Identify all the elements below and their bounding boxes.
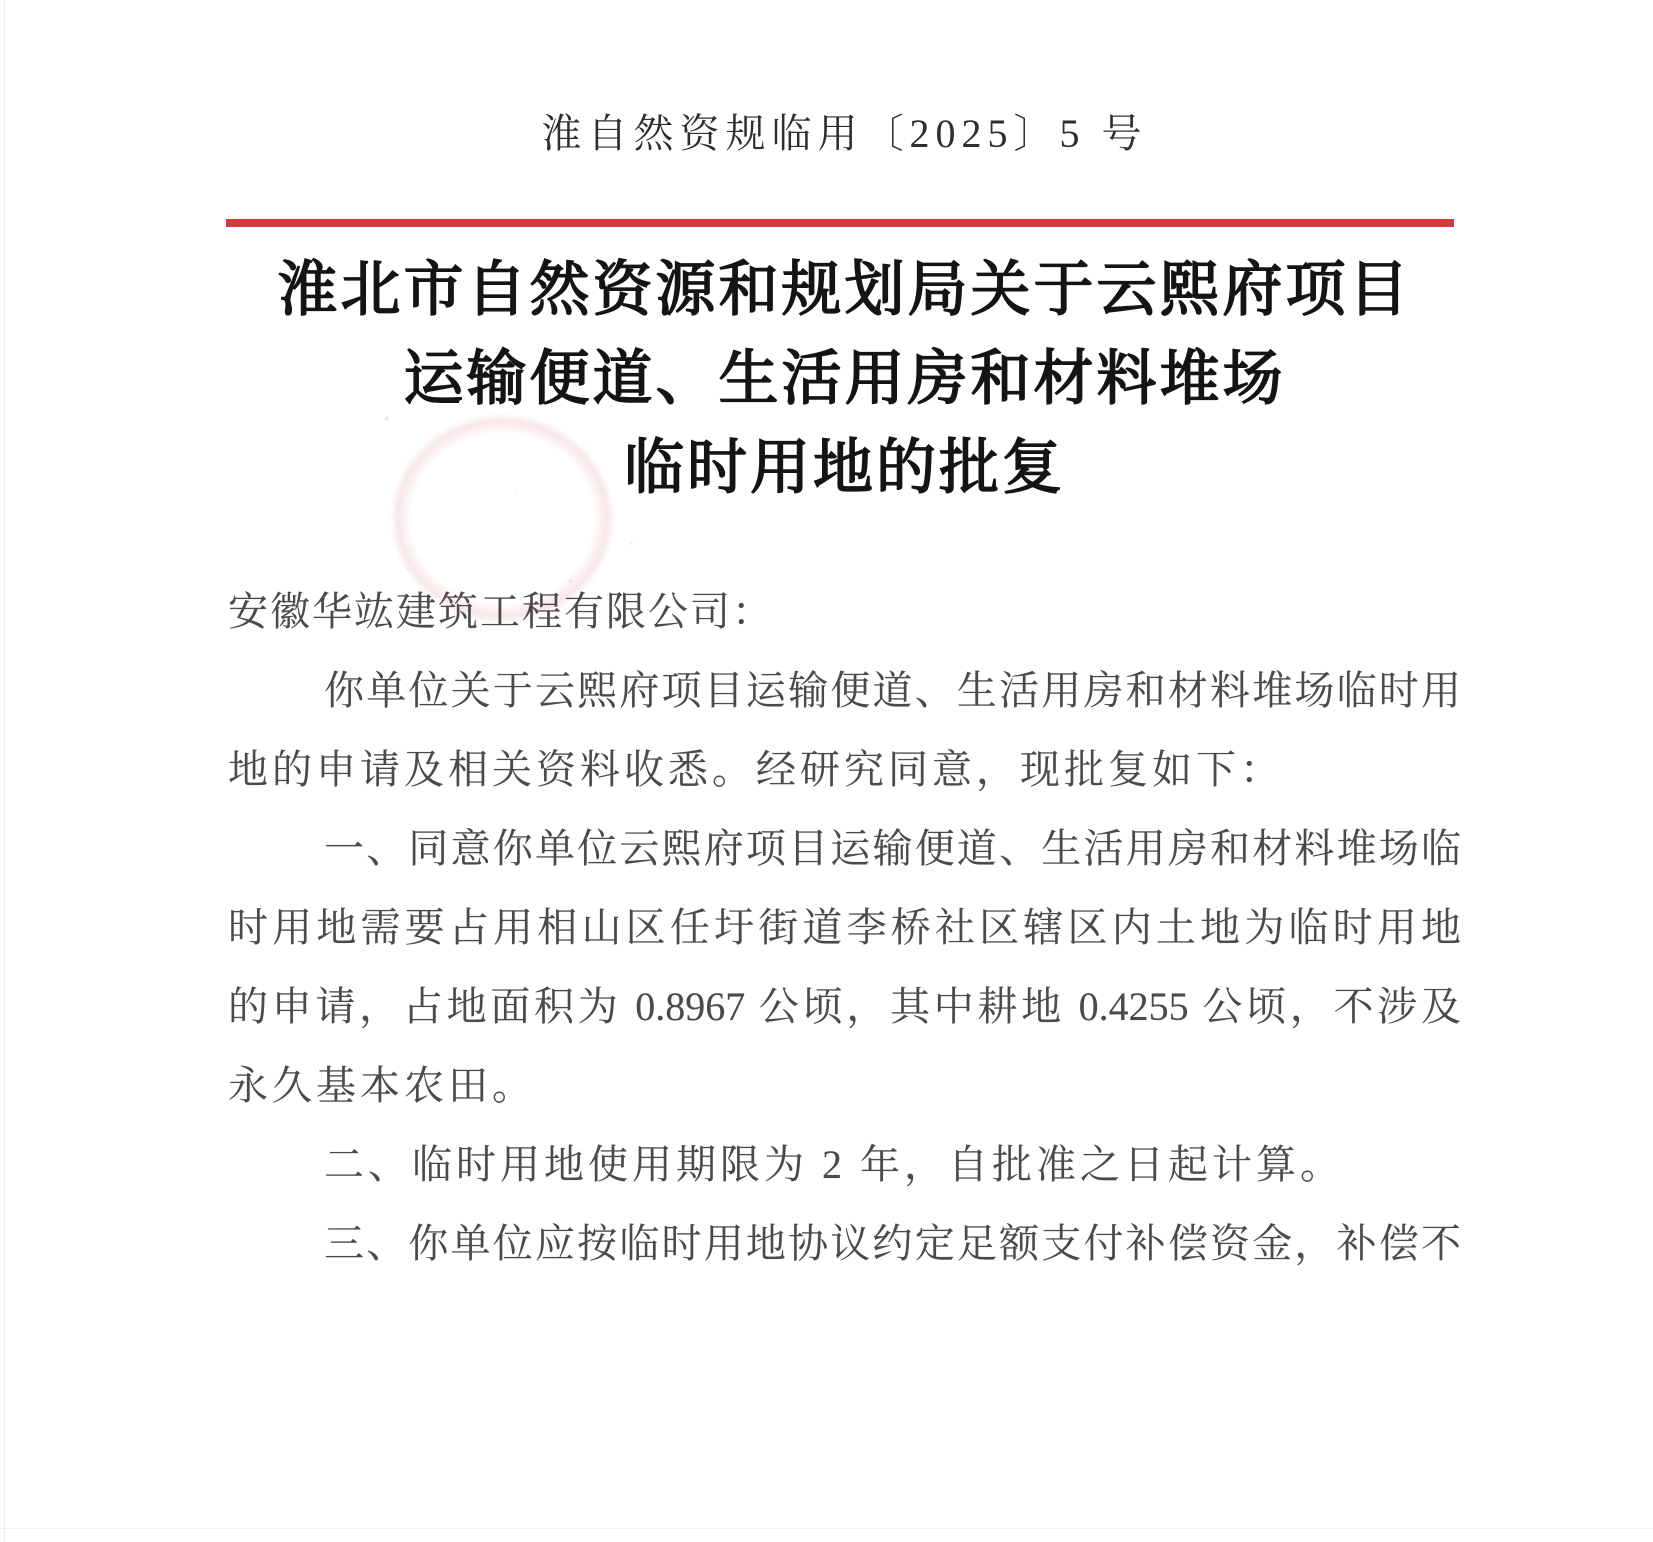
body-line: 的申请，占地面积为 0.8967 公顷，其中耕地 0.4255 公顷，不涉及 bbox=[228, 967, 1461, 1046]
body-line: 安徽华竑建筑工程有限公司： bbox=[228, 572, 1461, 651]
document-title: 淮北市自然资源和规划局关于云熙府项目 运输便道、生活用房和材料堆场 临时用地的批… bbox=[228, 246, 1461, 513]
official-document-page: 淮自然资规临用〔2025〕5 号 淮北市自然资源和规划局关于云熙府项目 运输便道… bbox=[0, 0, 1653, 1542]
body-line: 三、你单位应按临时用地协议约定足额支付补偿资金，补偿不 bbox=[228, 1204, 1461, 1283]
body-line: 地的申请及相关资料收悉。经研究同意，现批复如下： bbox=[228, 730, 1461, 809]
body-line: 永久基本农田。 bbox=[228, 1046, 1461, 1125]
document-title-line-3: 临时用地的批复 bbox=[228, 424, 1461, 513]
document-title-line-1: 淮北市自然资源和规划局关于云熙府项目 bbox=[228, 246, 1461, 335]
body-line: 时用地需要占用相山区任圩街道李桥社区辖区内土地为临时用地 bbox=[228, 888, 1461, 967]
document-number: 淮自然资规临用〔2025〕5 号 bbox=[228, 102, 1461, 159]
document-body: 安徽华竑建筑工程有限公司：你单位关于云熙府项目运输便道、生活用房和材料堆场临时用… bbox=[228, 572, 1461, 1283]
body-line: 一、同意你单位云熙府项目运输便道、生活用房和材料堆场临 bbox=[228, 809, 1461, 888]
body-line: 二、临时用地使用期限为 2 年，自批准之日起计算。 bbox=[228, 1125, 1461, 1204]
document-title-line-2: 运输便道、生活用房和材料堆场 bbox=[228, 335, 1461, 424]
red-divider-rule bbox=[226, 219, 1454, 227]
body-line: 你单位关于云熙府项目运输便道、生活用房和材料堆场临时用 bbox=[228, 651, 1461, 730]
